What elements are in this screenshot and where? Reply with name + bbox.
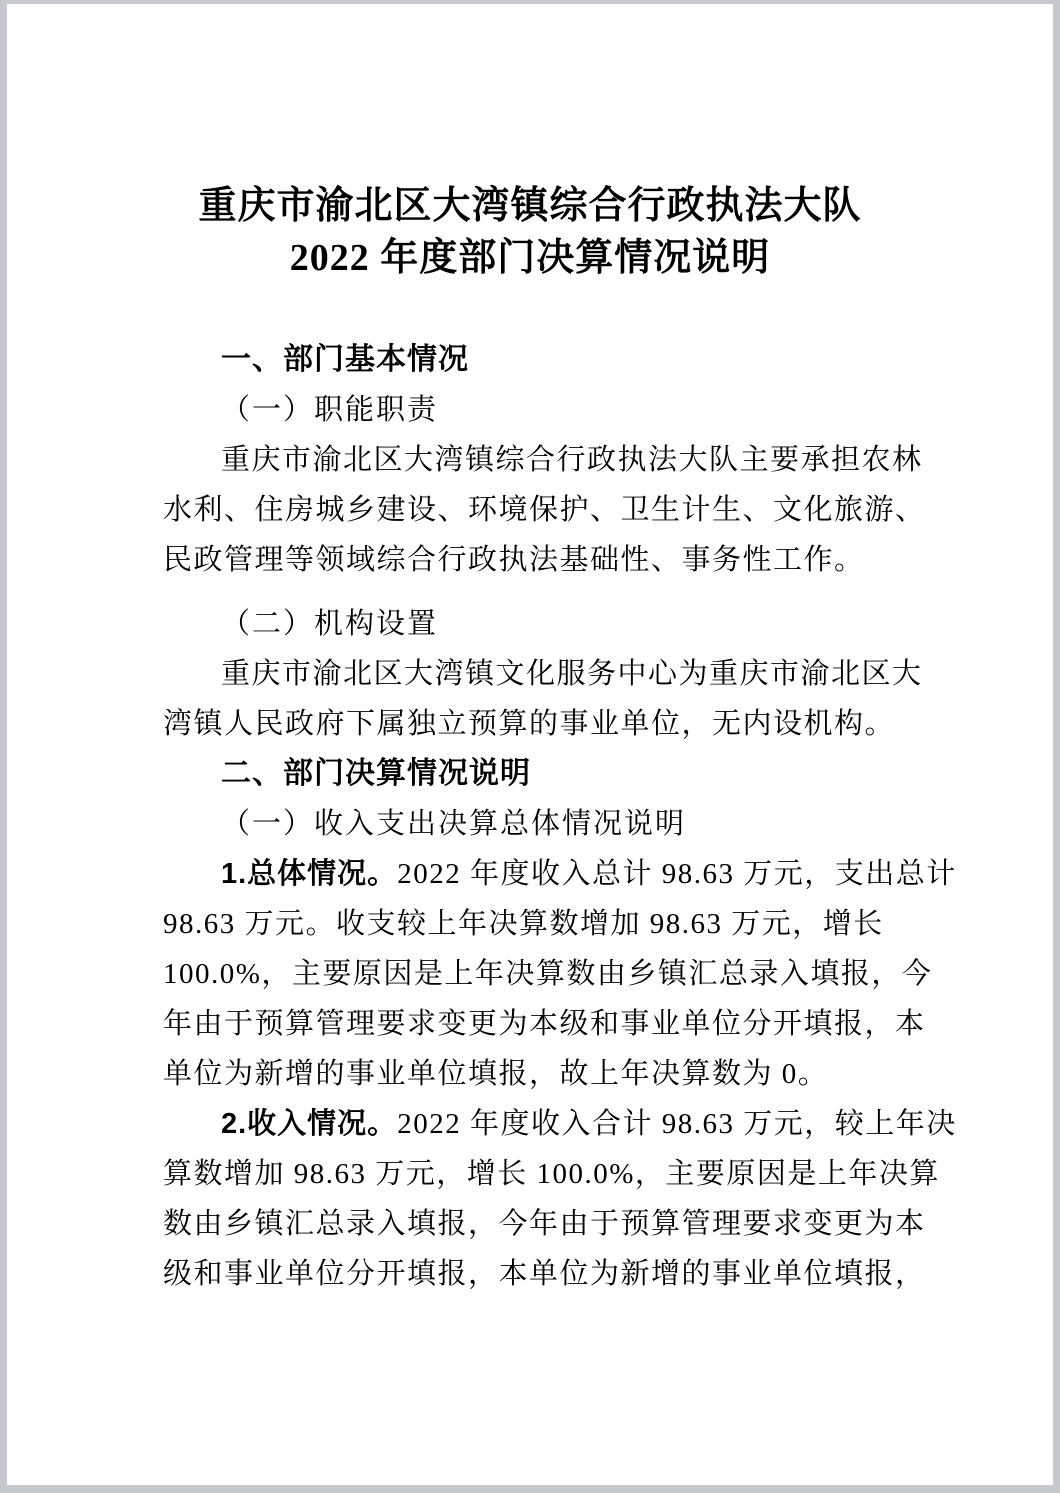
section-2-heading: 二、部门决算情况说明 (163, 749, 1053, 799)
text-line: 重庆市渝北区大湾镇综合行政执法大队主要承担农林 (163, 435, 1053, 485)
subsection-1-2-heading: （二）机构设置 (163, 599, 1053, 649)
text-line: 数由乡镇汇总录入填报，今年由于预算管理要求变更为本 (163, 1199, 1053, 1249)
text-line: 2.收入情况。2022 年度收入合计 98.63 万元，较上年决 (163, 1099, 1053, 1149)
section-1-heading: 一、部门基本情况 (163, 335, 1053, 385)
text-line: 重庆市渝北区大湾镇文化服务中心为重庆市渝北区大 (163, 649, 1053, 699)
text-segment: 2022 年度收入合计 98.63 万元，较上年决 (397, 1108, 957, 1140)
text-line: 民政管理等领域综合行政执法基础性、事务性工作。 (163, 535, 1053, 585)
paragraph-organization: 重庆市渝北区大湾镇文化服务中心为重庆市渝北区大 湾镇人民政府下属独立预算的事业单… (163, 649, 1053, 749)
text-line: 1.总体情况。2022 年度收入总计 98.63 万元，支出总计 (163, 849, 1053, 899)
text-line: 湾镇人民政府下属独立预算的事业单位，无内设机构。 (163, 699, 1053, 749)
text-line: 级和事业单位分开填报，本单位为新增的事业单位填报， (163, 1249, 1053, 1299)
paragraph-overall-lead: 1.总体情况。 (221, 858, 397, 890)
paragraph-duties: 重庆市渝北区大湾镇综合行政执法大队主要承担农林 水利、住房城乡建设、环境保护、卫… (163, 435, 1053, 585)
title-line-2: 2022 年度部门决算情况说明 (7, 232, 1053, 284)
text-line: 100.0%，主要原因是上年决算数由乡镇汇总录入填报，今 (163, 949, 1053, 999)
text-line: 水利、住房城乡建设、环境保护、卫生计生、文化旅游、 (163, 485, 1053, 535)
text-segment: 2022 年度收入总计 98.63 万元，支出总计 (397, 858, 957, 890)
text-line: 算数增加 98.63 万元，增长 100.0%，主要原因是上年决算 (163, 1149, 1053, 1199)
paragraph-income-situation: 2.收入情况。2022 年度收入合计 98.63 万元，较上年决 算数增加 98… (163, 1099, 1053, 1299)
paragraph-overall-situation: 1.总体情况。2022 年度收入总计 98.63 万元，支出总计 98.63 万… (163, 849, 1053, 1099)
subsection-2-1-heading: （一）收入支出决算总体情况说明 (163, 799, 1053, 849)
paragraph-income-lead: 2.收入情况。 (221, 1108, 397, 1140)
text-line: 单位为新增的事业单位填报，故上年决算数为 0。 (163, 1049, 1053, 1099)
document-title: 重庆市渝北区大湾镇综合行政执法大队 2022 年度部门决算情况说明 (7, 180, 1053, 284)
title-line-1: 重庆市渝北区大湾镇综合行政执法大队 (7, 180, 1053, 232)
document-page: 重庆市渝北区大湾镇综合行政执法大队 2022 年度部门决算情况说明 一、部门基本… (7, 4, 1053, 1485)
text-line: 年由于预算管理要求变更为本级和事业单位分开填报，本 (163, 999, 1053, 1049)
text-line: 98.63 万元。收支较上年决算数增加 98.63 万元，增长 (163, 899, 1053, 949)
subsection-1-1-heading: （一）职能职责 (163, 385, 1053, 435)
